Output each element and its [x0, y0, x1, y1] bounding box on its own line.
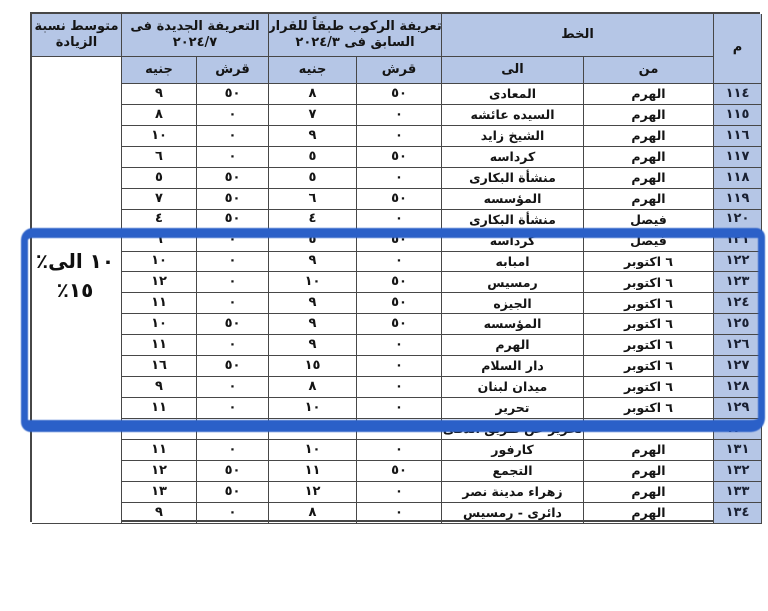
route-from-cell: الهرم	[584, 105, 714, 126]
route-from-cell: ٦ اكتوبر	[584, 252, 714, 273]
old-tariff-pounds-cell: ٥	[269, 147, 357, 168]
new-tariff-pounds-cell: ٩	[122, 503, 197, 524]
old-tariff-pounds-cell: ٨	[269, 84, 357, 105]
route-to-cell: امبابه	[442, 252, 584, 273]
old-tariff-pounds-cell: ٩	[269, 252, 357, 273]
route-to-cell: كرداسه	[442, 231, 584, 252]
old-tariff-qirsh-cell: ٠	[357, 356, 442, 377]
new-tariff-qirsh-cell: ٥٠	[197, 461, 269, 482]
row-number-cell: ١٢٨	[714, 377, 762, 398]
row-number-cell: ١١٥	[714, 105, 762, 126]
subheader-old-pounds: جنيه	[269, 57, 357, 84]
route-to-cell: التجمع	[442, 461, 584, 482]
row-number-cell: ١٢٧	[714, 356, 762, 377]
row-number-cell: ١١٧	[714, 147, 762, 168]
new-tariff-pounds-cell: ١٠	[122, 252, 197, 273]
old-tariff-qirsh-cell: ٠	[357, 335, 442, 356]
new-tariff-pounds-cell: ١٣	[122, 482, 197, 503]
new-tariff-qirsh-cell: ٠	[197, 272, 269, 293]
route-from-cell: ٦ اكتوبر	[584, 377, 714, 398]
old-tariff-qirsh-cell: ٠	[357, 398, 442, 419]
header-average-increase-label: متوسط نسبة الزيادة	[32, 19, 121, 52]
new-tariff-qirsh-cell: ٥٠	[197, 189, 269, 210]
new-tariff-qirsh-cell: ٠	[197, 398, 269, 419]
header-row-number: م	[714, 14, 762, 84]
route-from-cell: ٦ اكتوبر	[584, 293, 714, 314]
old-tariff-qirsh-cell: ٥٠	[357, 314, 442, 335]
old-tariff-pounds-cell: ٩	[269, 126, 357, 147]
increase-range-annotation: ٪١٠ الى ٪١٥	[31, 247, 119, 305]
old-tariff-qirsh-cell	[357, 419, 442, 440]
tariff-table: متوسط نسبة الزيادة التعريفة الجديدة فى ٢…	[30, 12, 760, 522]
new-tariff-qirsh-cell: ٠	[197, 377, 269, 398]
new-tariff-pounds-cell: ٥	[122, 168, 197, 189]
row-number-cell: ١٢٣	[714, 272, 762, 293]
row-number-cell: ١١٤	[714, 84, 762, 105]
route-from-cell: فيصل	[584, 231, 714, 252]
old-tariff-pounds-cell: ٤	[269, 210, 357, 231]
new-tariff-pounds-cell: ١٦	[122, 356, 197, 377]
new-tariff-qirsh-cell: ٠	[197, 335, 269, 356]
route-from-cell: ٦ اكتوبر	[584, 335, 714, 356]
new-tariff-pounds-cell: ١٢	[122, 461, 197, 482]
annotation-line2: ٪١٥	[31, 276, 119, 305]
old-tariff-qirsh-cell: ٠	[357, 252, 442, 273]
route-from-cell: ٦ اكتوبر	[584, 356, 714, 377]
route-from-cell	[584, 419, 714, 440]
header-new-tariff: التعريفة الجديدة فى ٢٠٢٤/٧	[122, 14, 269, 57]
old-tariff-pounds-cell: ٨	[269, 377, 357, 398]
old-tariff-qirsh-cell: ٥٠	[357, 293, 442, 314]
new-tariff-qirsh-cell: ٥٠	[197, 168, 269, 189]
subheader-old-qirsh: قرش	[357, 57, 442, 84]
old-tariff-pounds-cell	[269, 419, 357, 440]
new-tariff-pounds-cell: ٩	[122, 84, 197, 105]
row-number-cell: ١٢١	[714, 231, 762, 252]
old-tariff-pounds-cell: ١٥	[269, 356, 357, 377]
route-to-cell: السيده عائشه	[442, 105, 584, 126]
old-tariff-pounds-cell: ٩	[269, 335, 357, 356]
new-tariff-pounds-cell: ٤	[122, 210, 197, 231]
old-tariff-pounds-cell: ١١	[269, 461, 357, 482]
old-tariff-pounds-cell: ٧	[269, 105, 357, 126]
new-tariff-pounds-cell: ١١	[122, 440, 197, 461]
route-to-cell: كرداسه	[442, 147, 584, 168]
row-number-cell: ١٣٤	[714, 503, 762, 524]
new-tariff-pounds-cell: ١١	[122, 293, 197, 314]
new-tariff-pounds-cell: ١٠	[122, 314, 197, 335]
old-tariff-pounds-cell: ١٠	[269, 398, 357, 419]
route-to-cell: الجيزه	[442, 293, 584, 314]
header-new-tariff-line1: التعريفة الجديدة فى	[130, 19, 259, 35]
new-tariff-qirsh-cell: ٥٠	[197, 84, 269, 105]
old-tariff-qirsh-cell: ٠	[357, 503, 442, 524]
old-tariff-pounds-cell: ٥	[269, 231, 357, 252]
header-line: الخط	[442, 14, 714, 57]
old-tariff-qirsh-cell: ٥٠	[357, 272, 442, 293]
route-to-cell: رمسيس	[442, 272, 584, 293]
new-tariff-pounds-cell: ٦	[122, 147, 197, 168]
route-to-cell: المؤسسه	[442, 189, 584, 210]
new-tariff-qirsh-cell: ٥٠	[197, 314, 269, 335]
route-from-cell: الهرم	[584, 126, 714, 147]
new-tariff-qirsh-cell: ٥٠	[197, 210, 269, 231]
old-tariff-qirsh-cell: ٠	[357, 168, 442, 189]
row-number-cell: ١٢٠	[714, 210, 762, 231]
route-to-cell: منشأة البكارى	[442, 210, 584, 231]
route-to-cell: الشيخ زايد	[442, 126, 584, 147]
route-from-cell: الهرم	[584, 461, 714, 482]
route-from-cell: ٦ اكتوبر	[584, 398, 714, 419]
row-number-cell: ١٣١	[714, 440, 762, 461]
subheader-new-pounds: جنيه	[122, 57, 197, 84]
header-old-tariff-line1: تعريفة الركوب طبقاً للقرار	[269, 19, 442, 35]
new-tariff-qirsh-cell	[197, 419, 269, 440]
row-number-cell: ١٣٣	[714, 482, 762, 503]
new-tariff-pounds-cell: ٩	[122, 377, 197, 398]
route-to-cell: كارفور	[442, 440, 584, 461]
row-number-cell: ١١٨	[714, 168, 762, 189]
route-to-cell: تحرير	[442, 398, 584, 419]
row-number-cell: ١٢٢	[714, 252, 762, 273]
header-row-number-label: م	[733, 40, 743, 56]
route-from-cell: الهرم	[584, 440, 714, 461]
old-tariff-qirsh-cell: ٠	[357, 126, 442, 147]
new-tariff-pounds-cell: ٧	[122, 189, 197, 210]
header-line-label: الخط	[561, 27, 594, 43]
subheader-to: الى	[442, 57, 584, 84]
new-tariff-qirsh-cell: ٠	[197, 503, 269, 524]
old-tariff-qirsh-cell: ٠	[357, 482, 442, 503]
old-tariff-pounds-cell: ٩	[269, 293, 357, 314]
new-tariff-qirsh-cell: ٥٠	[197, 356, 269, 377]
new-tariff-pounds-cell: ١٠	[122, 126, 197, 147]
new-tariff-pounds-cell: ٦	[122, 231, 197, 252]
row-number-cell: ١٢٩	[714, 398, 762, 419]
subheader-new-qirsh: قرش	[197, 57, 269, 84]
route-to-cell: دائرى - رمسيس	[442, 503, 584, 524]
old-tariff-qirsh-cell: ٥٠	[357, 147, 442, 168]
row-number-cell: ١٣٢	[714, 461, 762, 482]
subheader-from: من	[584, 57, 714, 84]
old-tariff-qirsh-cell: ٥٠	[357, 231, 442, 252]
new-tariff-qirsh-cell: ٠	[197, 105, 269, 126]
new-tariff-qirsh-cell: ٠	[197, 231, 269, 252]
new-tariff-qirsh-cell: ٠	[197, 147, 269, 168]
old-tariff-pounds-cell: ١٢	[269, 482, 357, 503]
route-to-cell: دار السلام	[442, 356, 584, 377]
route-from-cell: الهرم	[584, 147, 714, 168]
new-tariff-pounds-cell	[122, 419, 197, 440]
header-old-tariff-line2: السابق فى ٢٠٢٤/٣	[295, 35, 414, 51]
route-to-cell: زهراء مدينة نصر	[442, 482, 584, 503]
document-page: متوسط نسبة الزيادة التعريفة الجديدة فى ٢…	[0, 0, 768, 611]
old-tariff-pounds-cell: ١٠	[269, 440, 357, 461]
row-number-cell: ١٢٦	[714, 335, 762, 356]
old-tariff-qirsh-cell: ٠	[357, 210, 442, 231]
route-to-cell: ميدان لبنان	[442, 377, 584, 398]
new-tariff-pounds-cell: ٨	[122, 105, 197, 126]
old-tariff-qirsh-cell: ٠	[357, 105, 442, 126]
new-tariff-qirsh-cell: ٠	[197, 293, 269, 314]
route-to-cell: تحرير عن طريق الدقى	[442, 419, 584, 440]
row-number-cell: ١٢٤	[714, 293, 762, 314]
old-tariff-pounds-cell: ٥	[269, 168, 357, 189]
route-from-cell: ٦ اكتوبر	[584, 272, 714, 293]
annotation-line1: ٪١٠ الى	[31, 247, 119, 276]
old-tariff-qirsh-cell: ٠	[357, 440, 442, 461]
old-tariff-qirsh-cell: ٥٠	[357, 189, 442, 210]
header-new-tariff-line2: ٢٠٢٤/٧	[173, 35, 217, 51]
row-number-cell: ١١٩	[714, 189, 762, 210]
row-number-cell: ١٣٠	[714, 419, 762, 440]
route-from-cell: الهرم	[584, 189, 714, 210]
route-to-cell: منشأة البكارى	[442, 168, 584, 189]
header-average-increase: متوسط نسبة الزيادة	[32, 14, 122, 57]
route-from-cell: ٦ اكتوبر	[584, 314, 714, 335]
old-tariff-pounds-cell: ٦	[269, 189, 357, 210]
old-tariff-qirsh-cell: ٥٠	[357, 461, 442, 482]
new-tariff-qirsh-cell: ٠	[197, 440, 269, 461]
route-to-cell: المعادى	[442, 84, 584, 105]
route-from-cell: الهرم	[584, 168, 714, 189]
new-tariff-pounds-cell: ١٢	[122, 272, 197, 293]
old-tariff-pounds-cell: ١٠	[269, 272, 357, 293]
route-from-cell: الهرم	[584, 84, 714, 105]
route-to-cell: المؤسسه	[442, 314, 584, 335]
row-number-cell: ١٢٥	[714, 314, 762, 335]
new-tariff-pounds-cell: ١١	[122, 398, 197, 419]
new-tariff-qirsh-cell: ٠	[197, 126, 269, 147]
header-old-tariff: تعريفة الركوب طبقاً للقرار السابق فى ٢٠٢…	[269, 14, 442, 57]
route-from-cell: فيصل	[584, 210, 714, 231]
new-tariff-pounds-cell: ١١	[122, 335, 197, 356]
old-tariff-qirsh-cell: ٠	[357, 377, 442, 398]
new-tariff-qirsh-cell: ٠	[197, 252, 269, 273]
route-from-cell: الهرم	[584, 503, 714, 524]
row-number-cell: ١١٦	[714, 126, 762, 147]
old-tariff-pounds-cell: ٨	[269, 503, 357, 524]
route-to-cell: الهرم	[442, 335, 584, 356]
old-tariff-pounds-cell: ٩	[269, 314, 357, 335]
new-tariff-qirsh-cell: ٥٠	[197, 482, 269, 503]
old-tariff-qirsh-cell: ٥٠	[357, 84, 442, 105]
route-from-cell: الهرم	[584, 482, 714, 503]
